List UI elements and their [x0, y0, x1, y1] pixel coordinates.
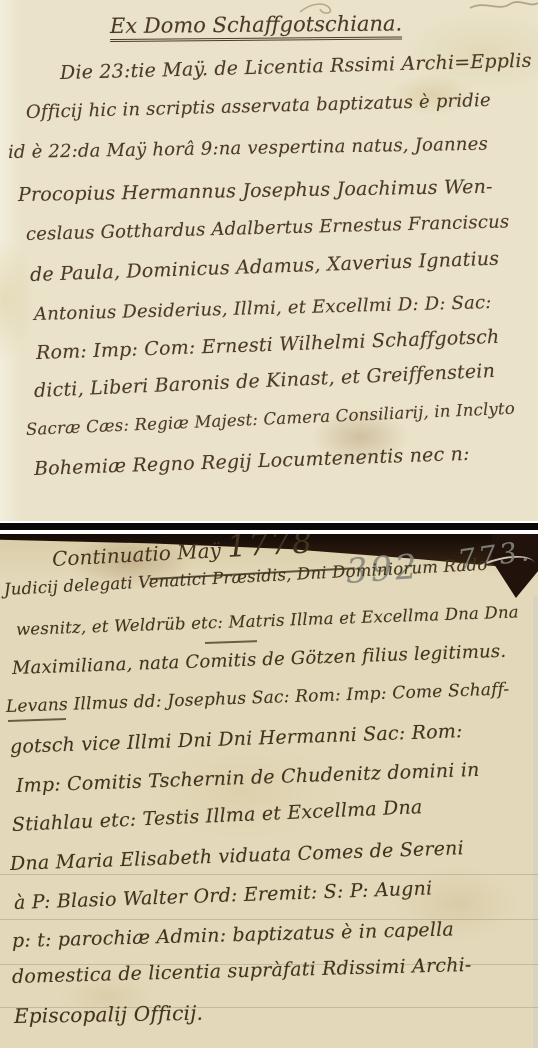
manuscript-line: Procopius Hermannus Josephus Joachimus W… — [18, 176, 493, 206]
manuscript-line: domestica de licentia supràfati Rdissimi… — [12, 954, 472, 988]
manuscript-line: p: t: parochiæ Admin: baptizatus è in ca… — [12, 918, 454, 952]
manuscript-line: wesnitz, et Weldrüb etc: Matris Illma et… — [16, 602, 519, 639]
manuscript-line: dicti, Liberi Baronis de Kinast, et Grei… — [34, 360, 496, 402]
manuscript-line: Die 23:tie Maÿ. de Licentia Rssimi Archi… — [60, 50, 532, 84]
matris-word-underline — [205, 640, 257, 643]
continuation-label: Continuatio Maÿ — [52, 538, 222, 571]
manuscript-line: Episcopalij Officij. — [14, 1001, 204, 1028]
manuscript-line: ceslaus Gotthardus Adalbertus Ernestus F… — [26, 211, 510, 245]
page-top: Ex Domo Schaffgotschiana. Die 23:tie Maÿ… — [0, 0, 538, 521]
manuscript-scan: Ex Domo Schaffgotschiana. Die 23:tie Maÿ… — [0, 0, 538, 1048]
manuscript-line: Levans Illmus dd: Josephus Sac: Rom: Imp… — [6, 679, 510, 717]
page-bottom: Continuatio Maÿ 1778 392 773. Judicij de… — [0, 534, 538, 1048]
manuscript-line: Stiahlau etc: Testis Illma et Excellma D… — [12, 796, 423, 836]
photo-divider — [0, 523, 538, 530]
manuscript-line: Rom: Imp: Com: Ernesti Wilhelmi Schaffgo… — [36, 326, 500, 364]
manuscript-line: id è 22:da Maÿ horâ 9:na vespertina natu… — [8, 134, 488, 163]
manuscript-line: Sacræ Cæs: Regiæ Majest: Camera Consilia… — [26, 399, 516, 439]
page-title: Ex Domo Schaffgotschiana. — [110, 11, 402, 42]
continuation-year: 1778 — [226, 534, 315, 565]
manuscript-line: Dna Maria Elisabeth viduata Comes de Ser… — [10, 837, 465, 875]
ruled-line — [0, 919, 538, 920]
manuscript-line: Imp: Comitis Tschernin de Chudenitz domi… — [16, 759, 480, 797]
manuscript-line: de Paula, Dominicus Adamus, Xaverius Ign… — [30, 248, 500, 286]
manuscript-line: à P: Blasio Walter Ord: Eremit: S: P: Au… — [14, 877, 433, 914]
page-outer-edge — [533, 596, 538, 1048]
levans-word-underline — [8, 718, 66, 722]
manuscript-line: gotsch vice Illmi Dni Dni Hermanni Sac: … — [10, 720, 463, 758]
manuscript-line: Maximiliana, nata Comitis de Götzen fili… — [12, 641, 507, 679]
manuscript-line: Antonius Desiderius, Illmi, et Excellmi … — [34, 292, 492, 325]
ruled-line — [0, 874, 538, 875]
manuscript-line: Officij hic in scriptis asservata baptiz… — [26, 90, 491, 123]
manuscript-line: Bohemiæ Regno Regij Locumtenentis nec n: — [34, 443, 470, 480]
